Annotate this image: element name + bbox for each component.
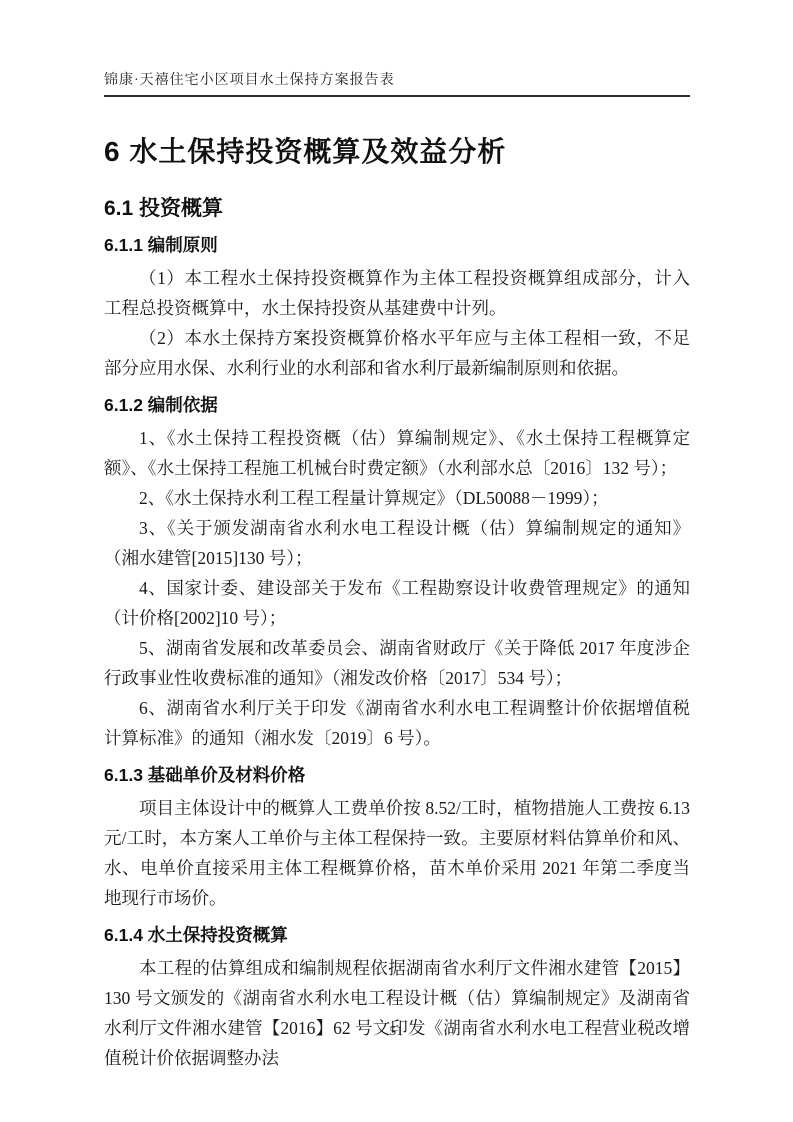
section-title: 6.1 投资概算 [104, 195, 690, 223]
paragraph: 本工程的估算组成和编制规程依据湖南省水利厅文件湘水建管【2015】130 号文颁… [104, 953, 690, 1073]
subsection-title-614: 6.1.4 水土保持投资概算 [104, 922, 690, 948]
page-number: 51 [390, 1023, 404, 1038]
subsection-613: 6.1.3 基础单价及材料价格 项目主体设计中的概算人工费单价按 8.52/工时… [104, 762, 690, 913]
paragraph: 2、《水土保持水利工程工程量计算规定》（DL50088－1999）； [104, 483, 690, 513]
subsection-614: 6.1.4 水土保持投资概算 本工程的估算组成和编制规程依据湖南省水利厅文件湘水… [104, 922, 690, 1073]
paragraph: （1）本工程水土保持投资概算作为主体工程投资概算组成部分，计入工程总投资概算中，… [104, 263, 690, 323]
paragraph: （2）本水土保持方案投资概算价格水平年应与主体工程相一致，不足部分应用水保、水利… [104, 323, 690, 383]
running-header-title: 锦康·天禧住宅小区项目水土保持方案报告表 [104, 70, 690, 92]
subsection-612: 6.1.2 编制依据 1、《水土保持工程投资概（估）算编制规定》、《水土保持工程… [104, 392, 690, 753]
paragraph: 6、湖南省水利厅关于印发《湖南省水利水电工程调整计价依据增值税计算标准》的通知（… [104, 693, 690, 753]
paragraph: 3、《关于颁发湖南省水利水电工程设计概（估）算编制规定的通知》（湘水建管[201… [104, 513, 690, 573]
paragraph: 4、国家计委、建设部关于发布《工程勘察设计收费管理规定》的通知（计价格[2002… [104, 573, 690, 633]
document-page: 锦康·天禧住宅小区项目水土保持方案报告表 6 水土保持投资概算及效益分析 6.1… [0, 0, 793, 1122]
subsection-title-611: 6.1.1 编制原则 [104, 232, 690, 258]
subsection-title-613: 6.1.3 基础单价及材料价格 [104, 762, 690, 788]
paragraph: 5、湖南省发展和改革委员会、湖南省财政厅《关于降低 2017 年度涉企行政事业性… [104, 633, 690, 693]
running-header: 锦康·天禧住宅小区项目水土保持方案报告表 [104, 0, 690, 97]
subsection-611: 6.1.1 编制原则 （1）本工程水土保持投资概算作为主体工程投资概算组成部分，… [104, 232, 690, 383]
document-body: 6 水土保持投资概算及效益分析 6.1 投资概算 6.1.1 编制原则 （1）本… [104, 134, 690, 1073]
chapter-title: 6 水土保持投资概算及效益分析 [104, 134, 690, 170]
paragraph: 1、《水土保持工程投资概（估）算编制规定》、《水土保持工程概算定额》、《水土保持… [104, 423, 690, 483]
subsection-title-612: 6.1.2 编制依据 [104, 392, 690, 418]
header-divider [104, 95, 690, 97]
paragraph: 项目主体设计中的概算人工费单价按 8.52/工时，植物措施人工费按 6.13 元… [104, 793, 690, 913]
page-footer: 51 [0, 1022, 793, 1040]
